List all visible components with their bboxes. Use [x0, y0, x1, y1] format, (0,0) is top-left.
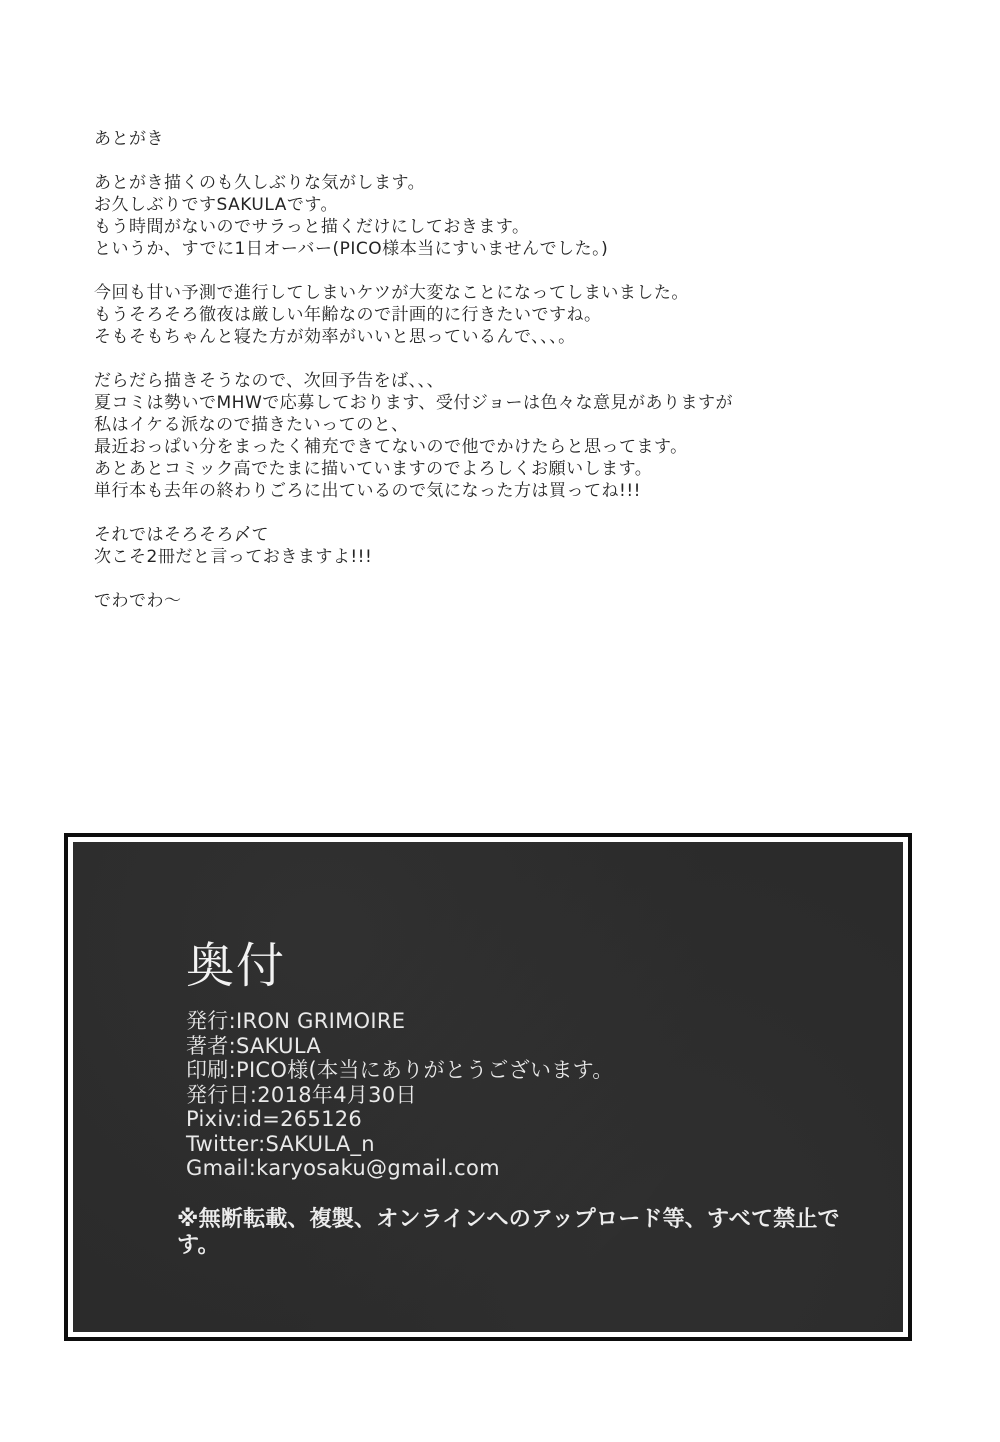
colophon-title: 奥付	[186, 940, 863, 992]
colophon-line-publisher: 発行:IRON GRIMOIRE	[186, 1009, 863, 1034]
colophon-line-publish-date: 発行日:2018年4月30日	[186, 1083, 863, 1108]
colophon-inner: 奥付 発行:IRON GRIMOIRE 著者:SAKULA 印刷:PICO様(本…	[73, 842, 903, 1332]
colophon-notice: ※無断転載、複製、オンラインへのアップロード等、すべて禁止です。	[177, 1207, 863, 1259]
document-page: あとがき あとがき描くのも久しぶりな気がします。 お久しぶりですSAKULAです…	[0, 0, 1000, 1442]
colophon-line-printer: 印刷:PICO様(本当にありがとうございます。	[186, 1058, 863, 1083]
colophon-box: 奥付 発行:IRON GRIMOIRE 著者:SAKULA 印刷:PICO様(本…	[64, 833, 912, 1341]
colophon-line-gmail: Gmail:karyosaku@gmail.com	[186, 1156, 863, 1181]
colophon-line-author: 著者:SAKULA	[186, 1034, 863, 1059]
colophon-line-twitter: Twitter:SAKULA_n	[186, 1132, 863, 1157]
afterword-section: あとがき あとがき描くのも久しぶりな気がします。 お久しぶりですSAKULAです…	[94, 128, 814, 612]
afterword-body: あとがき描くのも久しぶりな気がします。 お久しぶりですSAKULAです。 もう時…	[94, 172, 814, 612]
colophon-lines: 発行:IRON GRIMOIRE 著者:SAKULA 印刷:PICO様(本当にあ…	[186, 1009, 863, 1181]
afterword-title: あとがき	[94, 128, 814, 150]
colophon-line-pixiv: Pixiv:id=265126	[186, 1107, 863, 1132]
